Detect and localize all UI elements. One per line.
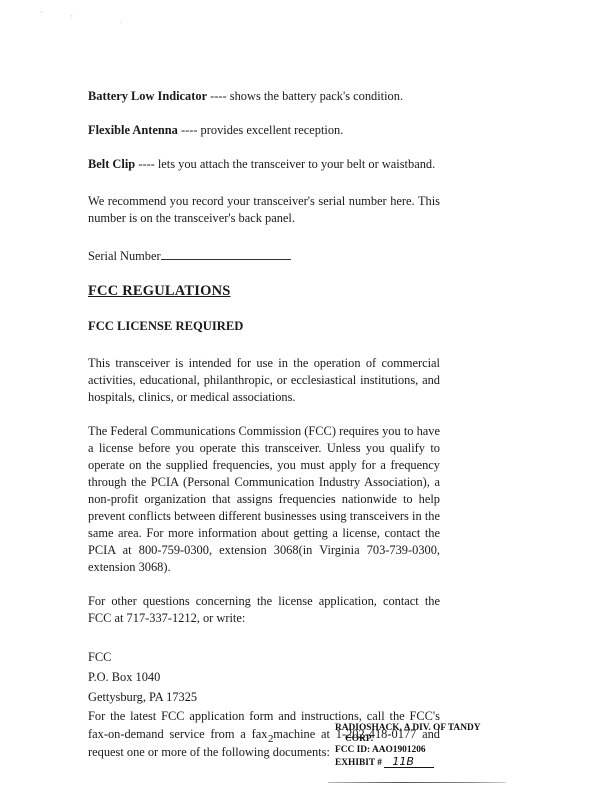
- stamp-exhibit-label: EXHIBIT #: [335, 758, 382, 768]
- page-number: 2: [268, 733, 274, 745]
- feature-separator: ----: [207, 89, 230, 103]
- fcc-exhibit-stamp: RADIOSHACK, A DIV. OF TANDY CORP. FCC ID…: [335, 723, 481, 769]
- serial-number-row: Serial Number: [88, 247, 440, 265]
- section-heading-fcc-regulations: FCC REGULATIONS: [88, 283, 440, 300]
- serial-number-field: [161, 247, 291, 260]
- stamp-exhibit-value: 11B: [384, 756, 434, 768]
- feature-flexible-antenna: Flexible Antenna ---- provides excellent…: [88, 122, 440, 139]
- fcc-license-paragraph: The Federal Communications Commission (F…: [88, 423, 440, 576]
- feature-separator: ----: [178, 123, 201, 137]
- feature-term: Flexible Antenna: [88, 123, 178, 137]
- address-line-3: Gettysburg, PA 17325: [88, 687, 440, 707]
- feature-separator: ----: [135, 157, 158, 171]
- document-page: Battery Low Indicator ---- shows the bat…: [88, 88, 440, 761]
- feature-term: Belt Clip: [88, 157, 135, 171]
- address-line-1: FCC: [88, 647, 440, 667]
- address-line-2: P.O. Box 1040: [88, 667, 440, 687]
- scan-edge-line: [328, 782, 506, 783]
- intended-use-paragraph: This transceiver is intended for use in …: [88, 355, 440, 406]
- feature-battery-low-indicator: Battery Low Indicator ---- shows the bat…: [88, 88, 440, 105]
- stamp-exhibit-row: EXHIBIT # 11B: [335, 756, 481, 769]
- stamp-company-line-1: RADIOSHACK, A DIV. OF TANDY: [335, 723, 481, 734]
- serial-number-label: Serial Number: [88, 249, 161, 263]
- feature-term: Battery Low Indicator: [88, 89, 207, 103]
- other-questions-paragraph: For other questions concerning the licen…: [88, 593, 440, 627]
- feature-description: shows the battery pack's condition.: [230, 89, 403, 103]
- feature-description: lets you attach the transceiver to your …: [158, 157, 435, 171]
- feature-description: provides excellent reception.: [201, 123, 344, 137]
- fcc-mailing-address: FCC P.O. Box 1040 Gettysburg, PA 17325: [88, 647, 440, 707]
- feature-belt-clip: Belt Clip ---- lets you attach the trans…: [88, 156, 440, 173]
- subsection-heading-fcc-license-required: FCC LICENSE REQUIRED: [88, 318, 440, 335]
- serial-record-paragraph: We recommend you record your transceiver…: [88, 193, 440, 227]
- stamp-company-line-2: CORP.: [335, 734, 481, 745]
